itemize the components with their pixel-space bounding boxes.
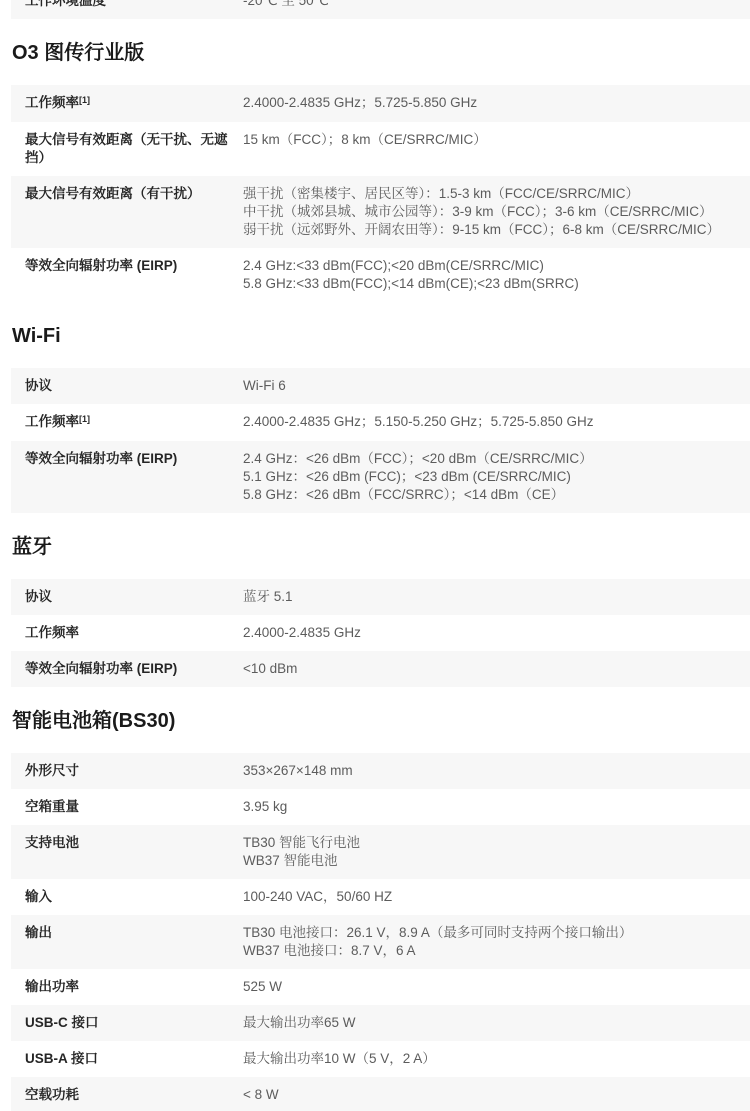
spec-value-line: WB37 电池接口：8.7 V，6 A [243, 942, 742, 960]
spec-value-line: 2.4000-2.4835 GHz；5.150-5.250 GHz；5.725-… [243, 413, 742, 431]
spec-row: 等效全向辐射功率 (EIRP) 2.4 GHz:<33 dBm(FCC);<20… [11, 248, 750, 302]
spec-value: 100-240 VAC，50/60 HZ [243, 888, 750, 906]
spec-label: 等效全向辐射功率 (EIRP) [11, 257, 243, 293]
spec-label: 最大信号有效距离（有干扰） [11, 185, 243, 239]
spec-label: 工作频率[1] [11, 94, 243, 113]
section-rows: 协议 蓝牙 5.1 工作频率 2.4000-2.4835 GHz 等效全向辐射功… [0, 579, 750, 687]
spec-label: 外形尺寸 [11, 762, 243, 780]
spec-label-text: 输出功率 [25, 979, 79, 994]
section-rows: 协议 Wi-Fi 6 工作频率[1] 2.4000-2.4835 GHz；5.1… [0, 368, 750, 513]
spec-value-line: 最大输出功率10 W（5 V，2 A） [243, 1050, 742, 1068]
spec-value-line: 5.1 GHz：<26 dBm (FCC)；<23 dBm (CE/SRRC/M… [243, 468, 742, 486]
spec-row: 支持电池 TB30 智能飞行电池WB37 智能电池 [11, 825, 750, 879]
spec-value: 353×267×148 mm [243, 762, 750, 780]
spec-value-line: 2.4000-2.4835 GHz [243, 624, 742, 642]
section: 智能电池箱(BS30) 外形尺寸 353×267×148 mm 空箱重量 3.9… [0, 687, 750, 1111]
spec-label: 空载功耗 [11, 1086, 243, 1104]
spec-value-line: 2.4 GHz：<26 dBm（FCC）；<20 dBm（CE/SRRC/MIC… [243, 450, 742, 468]
spec-value-line: 蓝牙 5.1 [243, 588, 742, 606]
spec-value-line: < 8 W [243, 1086, 742, 1104]
section: 蓝牙 协议 蓝牙 5.1 工作频率 2.4000-2.4835 GHz 等效全向… [0, 513, 750, 687]
spec-row: 输出 TB30 电池接口：26.1 V，8.9 A（最多可同时支持两个接口输出）… [11, 915, 750, 969]
spec-label-text: 等效全向辐射功率 (EIRP) [25, 258, 177, 273]
section: O3 图传行业版 工作频率[1] 2.4000-2.4835 GHz；5.725… [0, 19, 750, 302]
spec-value: Wi-Fi 6 [243, 377, 750, 395]
spec-label: 工作频率 [11, 624, 243, 642]
spec-label: 空箱重量 [11, 798, 243, 816]
spec-label: 输出 [11, 924, 243, 960]
spec-row: 等效全向辐射功率 (EIRP) <10 dBm [11, 651, 750, 687]
spec-label-text: 空载功耗 [25, 1087, 79, 1102]
spec-row: 工作频率[1] 2.4000-2.4835 GHz；5.725-5.850 GH… [11, 85, 750, 122]
spec-value: 15 km（FCC）；8 km（CE/SRRC/MIC） [243, 131, 750, 167]
spec-row: 最大信号有效距离（无干扰、无遮挡） 15 km（FCC）；8 km（CE/SRR… [11, 122, 750, 176]
spec-value-line: WB37 智能电池 [243, 852, 742, 870]
spec-row: 输出功率 525 W [11, 969, 750, 1005]
spec-value-line: 353×267×148 mm [243, 762, 742, 780]
spec-label: USB-A 接口 [11, 1050, 243, 1068]
spec-value: 2.4000-2.4835 GHz；5.150-5.250 GHz；5.725-… [243, 413, 750, 432]
section-title: 蓝牙 [0, 513, 750, 579]
spec-label: USB-C 接口 [11, 1014, 243, 1032]
spec-label-text: 工作频率 [25, 414, 79, 429]
section: Wi-Fi 协议 Wi-Fi 6 工作频率[1] 2.4000-2.4835 G… [0, 302, 750, 513]
spec-value: TB30 电池接口：26.1 V，8.9 A（最多可同时支持两个接口输出）WB3… [243, 924, 750, 960]
spec-value-line: 3.95 kg [243, 798, 742, 816]
spec-value: 最大输出功率65 W [243, 1014, 750, 1032]
spec-label-sup: [1] [79, 95, 90, 105]
spec-row: 工作环境温度 -20℃ 至 50℃ [11, 0, 750, 19]
spec-label: 协议 [11, 588, 243, 606]
spec-value: -20℃ 至 50℃ [243, 0, 750, 10]
spec-value: 2.4000-2.4835 GHz [243, 624, 750, 642]
spec-label-text: 最大信号有效距离（有干扰） [25, 186, 201, 201]
spec-label: 等效全向辐射功率 (EIRP) [11, 660, 243, 678]
spec-value-line: <10 dBm [243, 660, 742, 678]
spec-value-line: 弱干扰（远郊野外、开阔农田等）：9-15 km（FCC）；6-8 km（CE/S… [243, 221, 742, 239]
spec-label-text: 输出 [25, 925, 52, 940]
spec-row: 协议 蓝牙 5.1 [11, 579, 750, 615]
spec-label: 支持电池 [11, 834, 243, 870]
spec-label-text: 外形尺寸 [25, 763, 79, 778]
spec-value: 2.4000-2.4835 GHz；5.725-5.850 GHz [243, 94, 750, 113]
spec-value: 最大输出功率10 W（5 V，2 A） [243, 1050, 750, 1068]
spec-value-line: 15 km（FCC）；8 km（CE/SRRC/MIC） [243, 131, 742, 149]
spec-label: 工作频率[1] [11, 413, 243, 432]
spec-value: 蓝牙 5.1 [243, 588, 750, 606]
spec-row: USB-C 接口 最大输出功率65 W [11, 1005, 750, 1041]
spec-value: 525 W [243, 978, 750, 996]
spec-row: 外形尺寸 353×267×148 mm [11, 753, 750, 789]
spec-label-text: 支持电池 [25, 835, 79, 850]
spec-value: TB30 智能飞行电池WB37 智能电池 [243, 834, 750, 870]
spec-row: 工作频率[1] 2.4000-2.4835 GHz；5.150-5.250 GH… [11, 404, 750, 441]
spec-value-line: 2.4000-2.4835 GHz；5.725-5.850 GHz [243, 94, 742, 112]
spec-value-line: TB30 智能飞行电池 [243, 834, 742, 852]
spec-label: 最大信号有效距离（无干扰、无遮挡） [11, 131, 243, 167]
spec-label-text: 工作频率 [25, 625, 79, 640]
spec-value-line: Wi-Fi 6 [243, 377, 742, 395]
spec-value-line: 强干扰（密集楼宇、居民区等）：1.5-3 km（FCC/CE/SRRC/MIC） [243, 185, 742, 203]
section-title: 智能电池箱(BS30) [0, 687, 750, 753]
spec-page: 工作环境温度 -20℃ 至 50℃ O3 图传行业版 工作频率[1] 2.400… [0, 0, 750, 1111]
spec-value-line: 中干扰（城郊县城、城市公园等）：3-9 km（FCC）；3-6 km（CE/SR… [243, 203, 742, 221]
spec-row: 协议 Wi-Fi 6 [11, 368, 750, 404]
spec-row: 空载功耗 < 8 W [11, 1077, 750, 1111]
spec-value: < 8 W [243, 1086, 750, 1104]
spec-value-line: 最大输出功率65 W [243, 1014, 742, 1032]
spec-label-text: 协议 [25, 378, 52, 393]
sections: O3 图传行业版 工作频率[1] 2.4000-2.4835 GHz；5.725… [0, 19, 750, 1111]
spec-label-text: 工作频率 [25, 95, 79, 110]
section-title: Wi-Fi [0, 302, 750, 368]
spec-value-line: 525 W [243, 978, 742, 996]
spec-row: 最大信号有效距离（有干扰） 强干扰（密集楼宇、居民区等）：1.5-3 km（FC… [11, 176, 750, 248]
spec-value-line: -20℃ 至 50℃ [243, 0, 742, 10]
spec-label: 等效全向辐射功率 (EIRP) [11, 450, 243, 504]
spec-value: 2.4 GHz:<33 dBm(FCC);<20 dBm(CE/SRRC/MIC… [243, 257, 750, 293]
spec-value: 3.95 kg [243, 798, 750, 816]
spec-label-text: 协议 [25, 589, 52, 604]
spec-label: 工作环境温度 [11, 0, 243, 10]
spec-value-line: 100-240 VAC，50/60 HZ [243, 888, 742, 906]
spec-row: 等效全向辐射功率 (EIRP) 2.4 GHz：<26 dBm（FCC）；<20… [11, 441, 750, 513]
spec-label-text: 工作环境温度 [25, 0, 106, 8]
spec-row: 输入 100-240 VAC，50/60 HZ [11, 879, 750, 915]
spec-label-text: 空箱重量 [25, 799, 79, 814]
spec-label-text: 等效全向辐射功率 (EIRP) [25, 451, 177, 466]
spec-label: 协议 [11, 377, 243, 395]
spec-value: 强干扰（密集楼宇、居民区等）：1.5-3 km（FCC/CE/SRRC/MIC）… [243, 185, 750, 239]
section-rows: 工作频率[1] 2.4000-2.4835 GHz；5.725-5.850 GH… [0, 85, 750, 302]
spec-label-text: USB-C 接口 [25, 1015, 99, 1030]
spec-label-sup: [1] [79, 414, 90, 424]
spec-label-text: USB-A 接口 [25, 1051, 98, 1066]
spec-value-line: 5.8 GHz:<33 dBm(FCC);<14 dBm(CE);<23 dBm… [243, 275, 742, 293]
spec-row: USB-A 接口 最大输出功率10 W（5 V，2 A） [11, 1041, 750, 1077]
spec-label: 输入 [11, 888, 243, 906]
spec-value-line: 5.8 GHz：<26 dBm（FCC/SRRC）；<14 dBm（CE） [243, 486, 742, 504]
spec-label-text: 输入 [25, 889, 52, 904]
spec-row: 工作频率 2.4000-2.4835 GHz [11, 615, 750, 651]
spec-value-line: TB30 电池接口：26.1 V，8.9 A（最多可同时支持两个接口输出） [243, 924, 742, 942]
spec-row: 空箱重量 3.95 kg [11, 789, 750, 825]
spec-value-line: 2.4 GHz:<33 dBm(FCC);<20 dBm(CE/SRRC/MIC… [243, 257, 742, 275]
spec-value: 2.4 GHz：<26 dBm（FCC）；<20 dBm（CE/SRRC/MIC… [243, 450, 750, 504]
spec-value: <10 dBm [243, 660, 750, 678]
spec-label-text: 最大信号有效距离（无干扰、无遮挡） [25, 132, 228, 165]
section-title: O3 图传行业版 [0, 19, 750, 85]
spec-label: 输出功率 [11, 978, 243, 996]
spec-label-text: 等效全向辐射功率 (EIRP) [25, 661, 177, 676]
section-rows: 外形尺寸 353×267×148 mm 空箱重量 3.95 kg 支持电池 TB… [0, 753, 750, 1111]
